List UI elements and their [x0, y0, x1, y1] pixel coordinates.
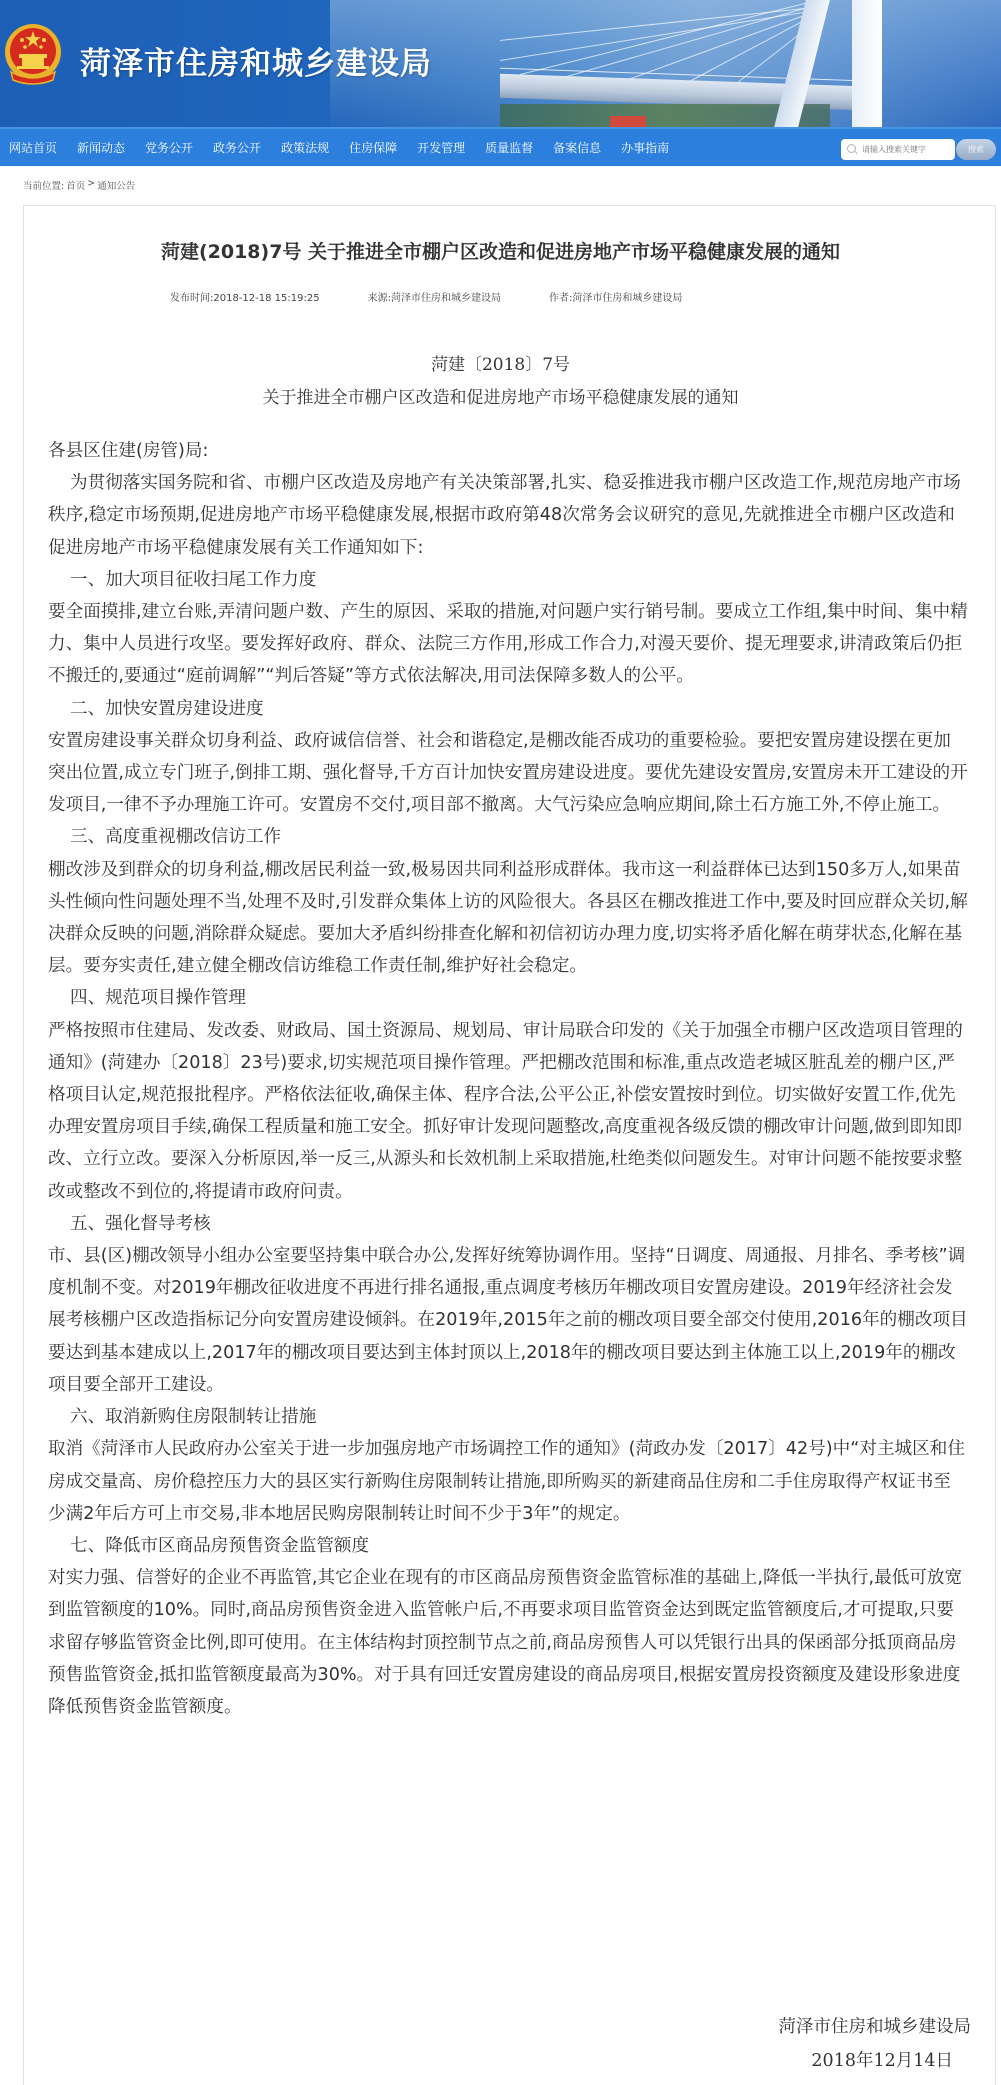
section-text: 市、县(区)棚改领导小组办公室要坚持集中联合办公,发挥好统筹协调作用。坚持“日调… [48, 1240, 968, 1401]
section-heading: 一、加大项目征收扫尾工作力度 [48, 564, 968, 596]
banner-bus [610, 116, 646, 127]
section-text: 要全面摸排,建立台账,弄清问题户数、产生的原因、采取的措施,对问题户实行销号制。… [48, 596, 968, 693]
document-title: 关于推进全市棚户区改造和促进房地产市场平稳健康发展的通知 [0, 383, 1001, 408]
breadcrumb: 当前位置: 首页 > 通知公告 [23, 178, 135, 192]
breadcrumb-prefix: 当前位置: [23, 178, 64, 192]
nav-item-filing-info[interactable]: 备案信息 [553, 139, 601, 156]
search-input[interactable] [862, 145, 952, 154]
site-title: 菏泽市住房和城乡建设局 [80, 38, 432, 83]
section-heading: 五、强化督导考核 [48, 1208, 968, 1240]
section-text: 对实力强、信誉好的企业不再监管,其它企业在现有的市区商品房预售资金监管标准的基础… [48, 1562, 968, 1723]
section-heading: 二、加快安置房建设进度 [48, 693, 968, 725]
article-author: 作者:菏泽市住房和城乡建设局 [549, 289, 682, 304]
search-icon [847, 144, 858, 155]
publish-time: 发布时间:2018-12-18 15:19:25 [170, 289, 320, 304]
section-text: 取消《菏泽市人民政府办公室关于进一步加强房地产市场调控工作的通知》(菏政办发〔2… [48, 1433, 968, 1530]
section-heading: 三、高度重视棚改信访工作 [48, 821, 968, 853]
bridge-pylon [852, 0, 882, 127]
nav-item-news[interactable]: 新闻动态 [77, 139, 125, 156]
intro-paragraph: 为贯彻落实国务院和省、市棚户区改造及房地产有关决策部署,扎实、稳妥推进我市棚户区… [48, 467, 968, 564]
search-button[interactable]: 搜索 [956, 139, 996, 160]
signature-org: 菏泽市住房和城乡建设局 [779, 2010, 972, 2044]
nav-item-service-guide[interactable]: 办事指南 [621, 139, 669, 156]
signature-block: 菏泽市住房和城乡建设局 2018年12月14日 [779, 2010, 972, 2078]
nav-item-quality-supervision[interactable]: 质量监督 [485, 139, 533, 156]
section-heading: 四、规范项目操作管理 [48, 982, 968, 1014]
article-source: 来源:菏泽市住房和城乡建设局 [368, 289, 501, 304]
breadcrumb-home-link[interactable]: 首页 [66, 178, 85, 192]
nav-item-government-affairs[interactable]: 政务公开 [213, 139, 261, 156]
nav-item-party-affairs[interactable]: 党务公开 [145, 139, 193, 156]
breadcrumb-current[interactable]: 通知公告 [97, 178, 135, 192]
signature-date: 2018年12月14日 [779, 2044, 972, 2078]
nav-item-home[interactable]: 网站首页 [9, 139, 57, 156]
nav-item-policies[interactable]: 政策法规 [281, 139, 329, 156]
main-nav: 网站首页 新闻动态 党务公开 政务公开 政策法规 住房保障 开发管理 质量监督 … [0, 127, 1001, 166]
article-title: 菏建(2018)7号 关于推进全市棚户区改造和促进房地产市场平稳健康发展的通知 [0, 237, 1001, 264]
nav-item-housing-security[interactable]: 住房保障 [349, 139, 397, 156]
search-box [841, 139, 955, 160]
section-text: 棚改涉及到群众的切身利益,棚改居民利益一致,极易因共同利益形成群体。我市这一利益… [48, 854, 968, 983]
document-number: 菏建〔2018〕7号 [0, 350, 1001, 375]
site-banner: 菏泽市住房和城乡建设局 [0, 0, 1001, 127]
article-meta: 发布时间:2018-12-18 15:19:25 来源:菏泽市住房和城乡建设局 … [170, 289, 730, 304]
breadcrumb-separator: > [87, 178, 95, 192]
salutation: 各县区住建(房管)局: [48, 435, 968, 467]
section-text: 严格按照市住建局、发改委、财政局、国土资源局、规划局、审计局联合印发的《关于加强… [48, 1015, 968, 1208]
section-heading: 六、取消新购住房限制转让措施 [48, 1401, 968, 1433]
section-text: 安置房建设事关群众切身利益、政府诚信信誉、社会和谐稳定,是棚改能否成功的重要检验… [48, 725, 968, 822]
article-body: 各县区住建(房管)局: 为贯彻落实国务院和省、市棚户区改造及房地产有关决策部署,… [48, 435, 968, 1723]
section-heading: 七、降低市区商品房预售资金监管额度 [48, 1530, 968, 1562]
national-emblem-icon [3, 22, 63, 88]
nav-item-development[interactable]: 开发管理 [417, 139, 465, 156]
